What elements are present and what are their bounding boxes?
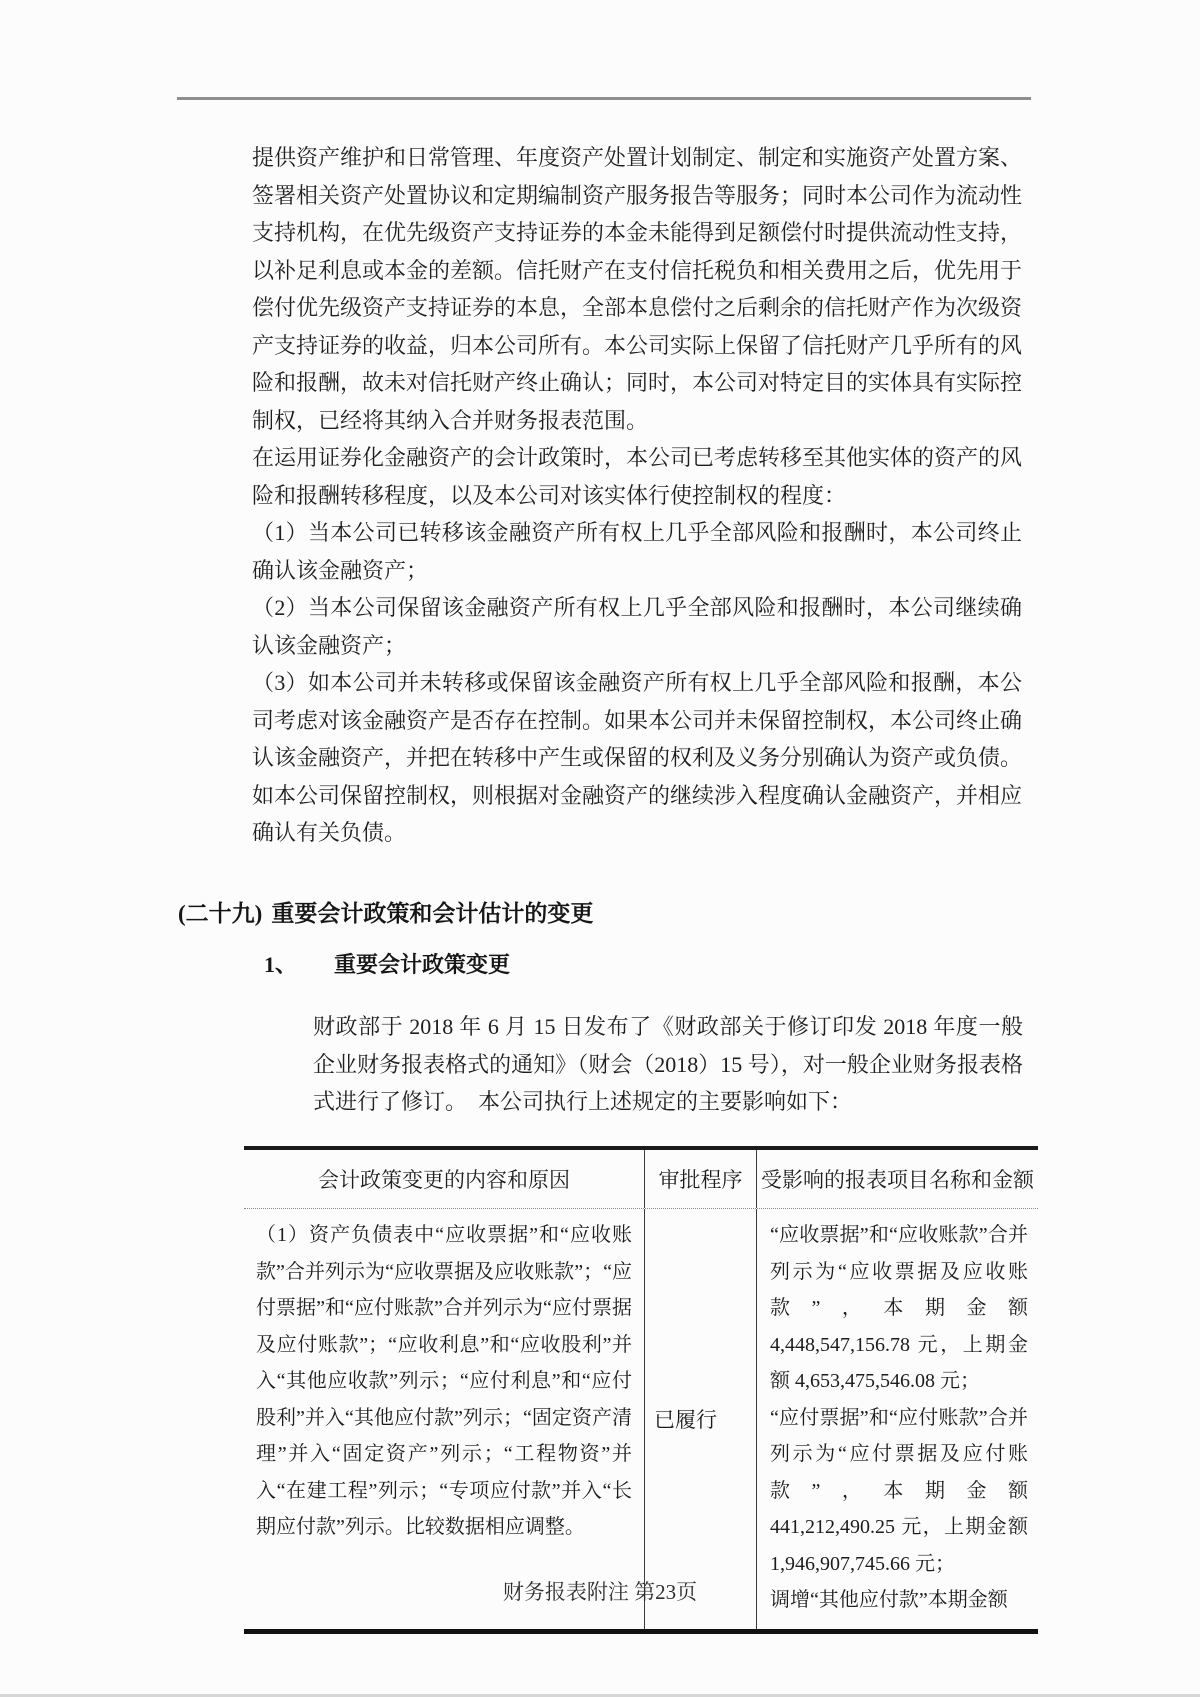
impact-paragraph: “应付票据”和“应付账款”合并列示为“应付票据及应付账款”，本期金额 441,2… xyxy=(770,1400,1028,1583)
cell-affected-items: “应收票据”和“应收账款”合并列示为“应收票据及应收账款”，本期金额 4,448… xyxy=(757,1209,1038,1629)
page-header-rule xyxy=(177,97,1031,100)
body-paragraph: 在运用证券化金融资产的会计政策时，本公司已考虑转移至其他实体的资产的风险和报酬转… xyxy=(252,439,1022,514)
body-paragraph: 提供资产维护和日常管理、年度资产处置计划制定、制定和实施资产处置方案、签署相关资… xyxy=(252,139,1022,439)
section-number: (二十九) xyxy=(178,901,262,926)
body-paragraph: （2）当本公司保留该金融资产所有权上几乎全部风险和报酬时，本公司继续确认该金融资… xyxy=(252,589,1022,664)
table-header-row: 会计政策变更的内容和原因 审批程序 受影响的报表项目名称和金额 xyxy=(244,1150,1038,1209)
intro-paragraph: 财政部于 2018 年 6 月 15 日发布了《财政部关于修订印发 2018 年… xyxy=(313,1008,1023,1121)
impact-paragraph: “应收票据”和“应收账款”合并列示为“应收票据及应收账款”，本期金额 4,448… xyxy=(770,1217,1028,1400)
subsection-heading: 1、重要会计政策变更 xyxy=(264,948,510,979)
body-text-block: 提供资产维护和日常管理、年度资产处置计划制定、制定和实施资产处置方案、签署相关资… xyxy=(252,139,1022,852)
cell-content-reason: （1）资产负债表中“应收票据”和“应收账款”合并列示为“应收票据及应收账款”；“… xyxy=(244,1209,644,1629)
subsection-title: 重要会计政策变更 xyxy=(334,952,510,977)
table-row: （1）资产负债表中“应收票据”和“应收账款”合并列示为“应收票据及应收账款”；“… xyxy=(244,1209,1038,1629)
section-title: 重要会计政策和会计估计的变更 xyxy=(271,901,593,926)
table-header-affected-items: 受影响的报表项目名称和金额 xyxy=(757,1150,1038,1208)
cell-approval-status: 已履行 xyxy=(644,1209,757,1629)
body-paragraph: （3）如本公司并未转移或保留该金融资产所有权上几乎全部风险和报酬，本公司考虑对该… xyxy=(252,664,1022,852)
table-header-content-reason: 会计政策变更的内容和原因 xyxy=(244,1150,644,1208)
body-paragraph: （1）当本公司已转移该金融资产所有权上几乎全部风险和报酬时，本公司终止确认该金融… xyxy=(252,514,1022,589)
section-heading: (二十九)重要会计政策和会计估计的变更 xyxy=(178,895,593,928)
page-footer: 财务报表附注 第23页 xyxy=(0,1576,1200,1606)
policy-change-table: 会计政策变更的内容和原因 审批程序 受影响的报表项目名称和金额 （1）资产负债表… xyxy=(244,1146,1038,1634)
table-header-approval: 审批程序 xyxy=(644,1150,757,1208)
document-page: { "document": { "body_paragraphs": [ "提供… xyxy=(0,0,1200,1697)
subsection-number: 1、 xyxy=(264,952,297,977)
